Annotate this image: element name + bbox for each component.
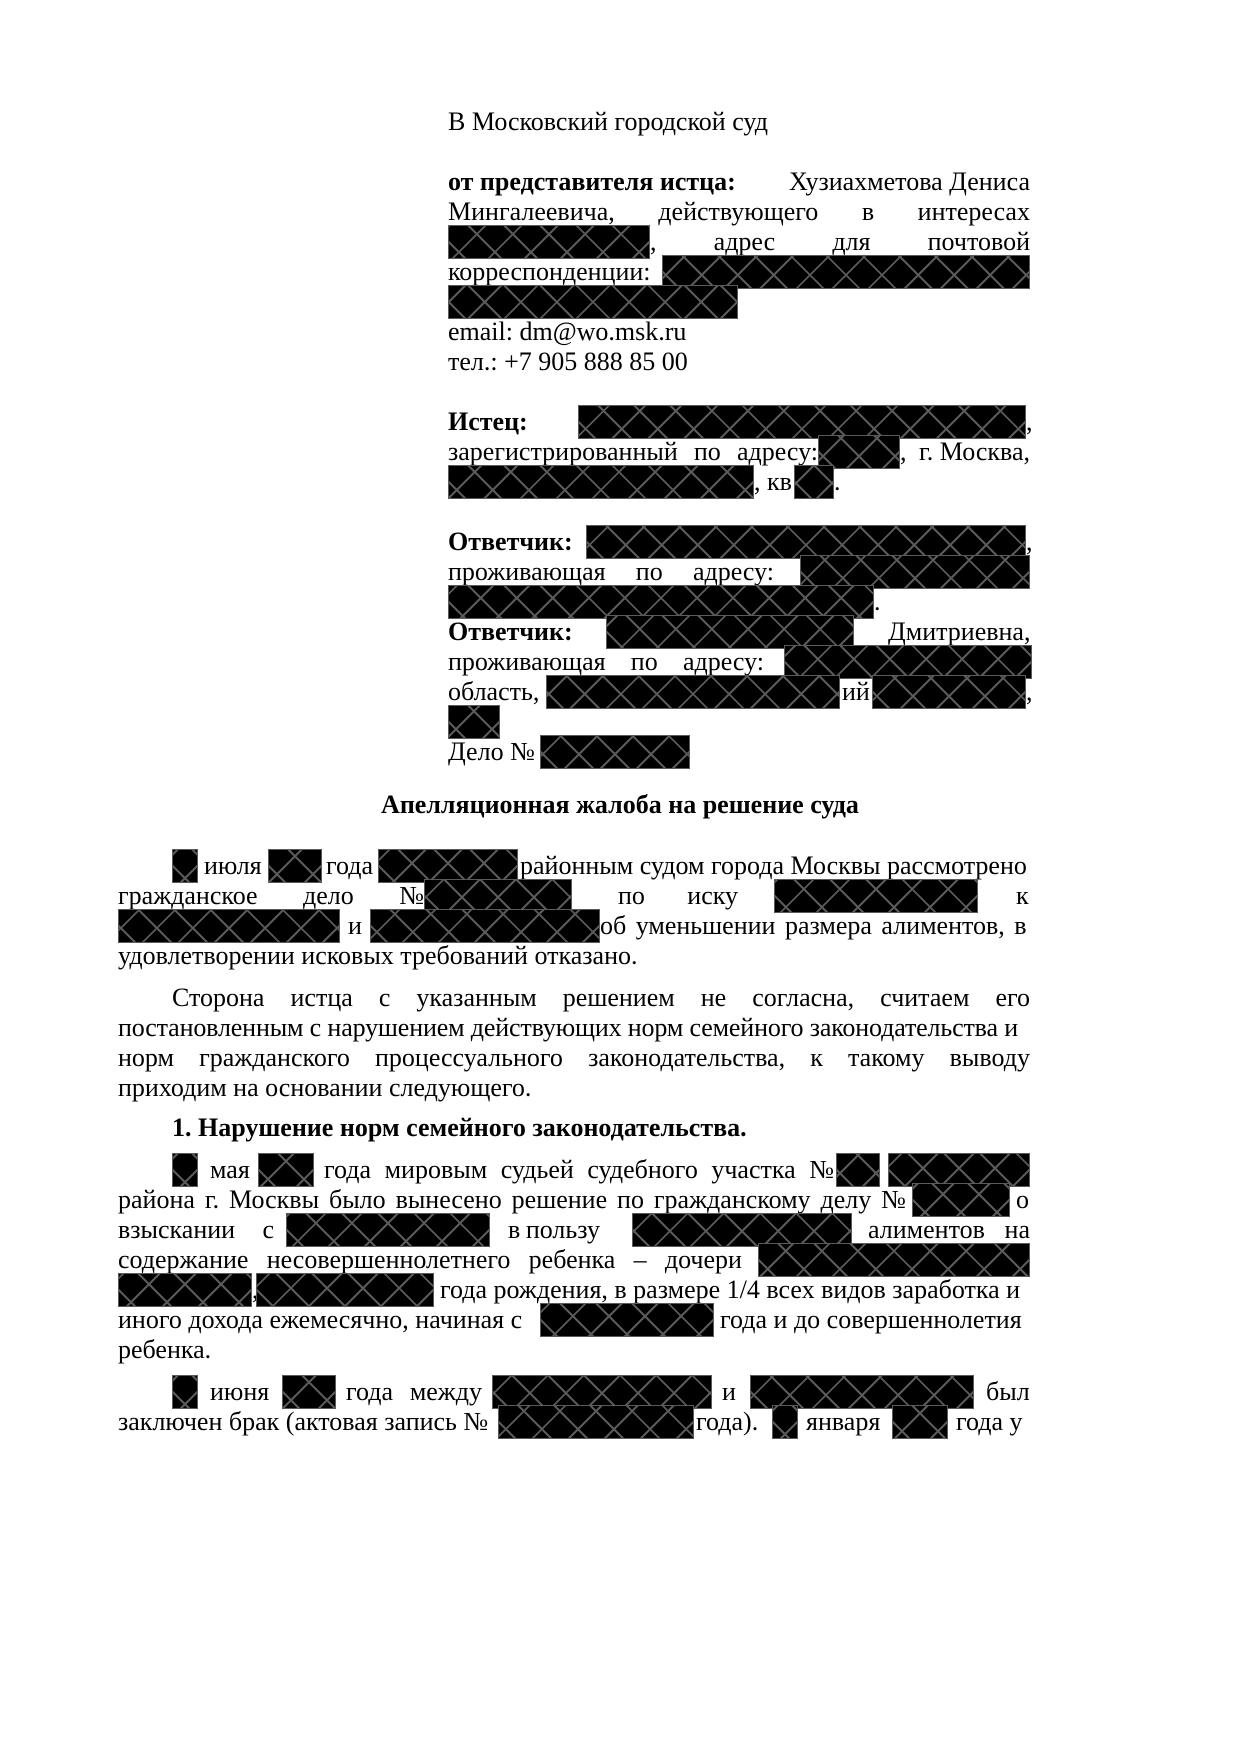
addressee-court: В Московский городской суд (448, 107, 768, 137)
redaction-block (578, 405, 1026, 439)
redaction-block (424, 879, 572, 913)
redaction-block (498, 1405, 694, 1439)
redaction-block (750, 1375, 974, 1409)
defendant-2-patronymic: Дмитриевна, (888, 617, 1030, 647)
redaction-block (258, 1153, 314, 1187)
case-label: Дело № (448, 737, 535, 767)
email[interactable]: email: dm@wo.msk.ru (448, 317, 686, 347)
region-label: область, (448, 677, 539, 707)
plaintiff-label: Истец: (448, 407, 528, 437)
redaction-block (172, 1375, 198, 1409)
redaction-block (118, 1273, 252, 1307)
representative-name-1: Хузиахметова Дениса (789, 167, 1030, 197)
redaction-block (794, 465, 834, 499)
representative-line: от представителя истца: Хузиахметова Ден… (448, 167, 1030, 197)
redaction-block (586, 525, 1026, 559)
p2-line-3: норм гражданского процессуального законо… (118, 1043, 1030, 1073)
redaction-block (448, 465, 754, 499)
redaction-block (800, 555, 1030, 589)
redaction-block (836, 1153, 880, 1187)
redaction-block (888, 1153, 1030, 1187)
redaction-block (282, 1375, 336, 1409)
postal-label: корреспонденции: (448, 257, 651, 287)
city-text: ,г. Москва, (900, 437, 1030, 467)
redaction-block (448, 705, 500, 739)
from-label: от представителя истца: (448, 167, 736, 197)
phone: тел.: +7 905 888 85 00 (448, 347, 688, 377)
redaction-block (546, 675, 840, 709)
redaction-block (892, 1405, 948, 1439)
redaction-block (758, 1243, 1030, 1277)
redaction-block (378, 849, 518, 883)
redaction-block (872, 675, 1026, 709)
defendant-2-label: Ответчик: (448, 617, 573, 647)
redaction-block (118, 909, 340, 943)
redaction-block (256, 1273, 434, 1307)
redaction-block (492, 1375, 712, 1409)
redaction-block (370, 909, 600, 943)
representative-line-2: Мингалеевича, действующего в интересах (448, 197, 1030, 227)
redaction-block (172, 849, 198, 883)
redaction-block (772, 1405, 798, 1439)
redaction-block (606, 615, 854, 649)
defendant-1-residing: проживающаяпоадресу: (448, 557, 774, 587)
redaction-block (784, 645, 1032, 679)
redaction-block (286, 1213, 490, 1247)
redaction-block (448, 225, 650, 259)
redaction-block (448, 585, 874, 619)
representative-patronymic: Мингалеевича, (448, 197, 615, 227)
redaction-block (540, 1303, 714, 1337)
redaction-block (268, 849, 322, 883)
redaction-block (912, 1183, 1010, 1217)
redaction-block (818, 435, 900, 469)
redaction-block (448, 285, 738, 319)
redaction-block (774, 879, 978, 913)
document-title: Апелляционная жалоба на решение суда (0, 790, 1240, 820)
defendant-2-residing: проживающаяпоадресу: (448, 647, 764, 677)
redaction-block (540, 735, 690, 769)
section-heading-1: 1. Нарушение норм семейного законодатель… (172, 1113, 747, 1143)
redaction-block (632, 1213, 852, 1247)
postal-line: ,адресдляпочтовой (650, 227, 1030, 257)
apt-label: , кв (754, 467, 792, 497)
defendant-1-label: Ответчик: (448, 527, 573, 557)
document-page: В Московский городской суд от представит… (0, 0, 1240, 1755)
p2-line-1: Сторона истца с указанным решением не со… (172, 983, 1030, 1013)
redaction-block (172, 1153, 198, 1187)
registered-line: зарегистрированныйпоадресу: (448, 437, 818, 467)
redaction-block (662, 255, 1030, 289)
